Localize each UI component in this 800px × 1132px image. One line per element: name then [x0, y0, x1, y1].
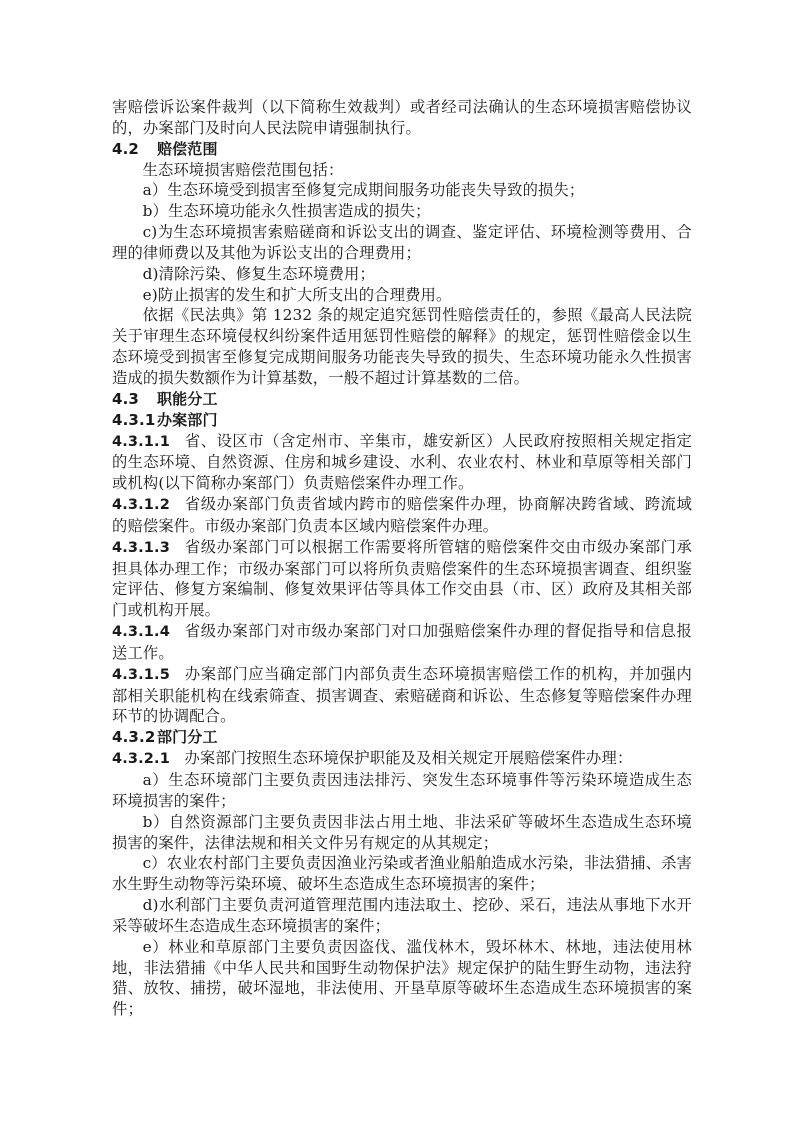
list-item-b: b）生态环境功能永久性损害造成的损失；	[112, 201, 692, 222]
heading-title: 职能分工	[157, 390, 218, 408]
clause-number: 4.3.1.5	[112, 667, 170, 683]
heading-title: 赔偿范围	[157, 140, 218, 158]
list-item-c: c)为生态环境损害索赔磋商和诉讼支出的调查、鉴定评估、环境检测等费用、合理的律师…	[112, 222, 692, 264]
section-heading-4-2: 4.2赔偿范围	[112, 139, 692, 160]
heading-number: 4.3.1	[112, 410, 157, 431]
heading-number: 4.2	[112, 139, 157, 160]
clause-text: 省级办案部门可以根据工作需要将所管辖的赔偿案件交由市级办案部门承担具体办理工作；…	[112, 538, 692, 620]
heading-number: 4.3.2	[112, 727, 157, 748]
clause-text: 省、设区市（含定州市、辛集市，雄安新区）人民政府按照相关规定指定的生态环境、自然…	[112, 432, 692, 493]
clause-number: 4.3.1.3	[112, 540, 170, 556]
clause-number: 4.3.1.2	[112, 497, 170, 513]
dept-item-a: a）生态环境部门主要负责因违法排污、突发生态环境事件等污染环境造成生态环境损害的…	[112, 770, 692, 812]
section-heading-4-3-2: 4.3.2部门分工	[112, 727, 692, 748]
clause-text: 省级办案部门对市级办案部门对口加强赔偿案件办理的督促指导和信息报送工作。	[112, 622, 692, 662]
heading-title: 办案部门	[157, 411, 218, 429]
list-item-a: a）生态环境受到损害至修复完成期间服务功能丧失导致的损失；	[112, 180, 692, 201]
heading-title: 部门分工	[157, 728, 218, 746]
clause-4-3-1-1: 4.3.1.1省、设区市（含定州市、辛集市，雄安新区）人民政府按照相关规定指定的…	[112, 431, 692, 495]
heading-number: 4.3	[112, 389, 157, 410]
clause-text: 办案部门应当确定部门内部负责生态环境损害赔偿工作的机构，并加强内部相关职能机构在…	[112, 665, 692, 726]
clause-text: 办案部门按照生态环境保护职能及及相关规定开展赔偿案件办理：	[184, 749, 632, 767]
section-heading-4-3: 4.3职能分工	[112, 389, 692, 410]
clause-4-3-2-1: 4.3.2.1办案部门按照生态环境保护职能及及相关规定开展赔偿案件办理：	[112, 748, 692, 770]
clause-number: 4.3.1.4	[112, 624, 170, 640]
paragraph-punitive-damages: 依据《民法典》第 1232 条的规定追究惩罚性赔偿责任的，参照《最高人民法院关于…	[112, 305, 692, 388]
dept-item-b: b）自然资源部门主要负责因非法占用土地、非法采矿等破坏生态造成生态环境损害的案件…	[112, 812, 692, 854]
clause-4-3-1-2: 4.3.1.2省级办案部门负责省域内跨市的赔偿案件办理，协商解决跨省域、跨流域的…	[112, 494, 692, 537]
clause-number: 4.3.1.1	[112, 434, 170, 450]
dept-item-c: c）农业农村部门主要负责因渔业污染或者渔业船舶造成水污染，非法猎捕、杀害水生野生…	[112, 853, 692, 895]
clause-4-3-1-5: 4.3.1.5办案部门应当确定部门内部负责生态环境损害赔偿工作的机构，并加强内部…	[112, 664, 692, 728]
clause-4-3-1-3: 4.3.1.3省级办案部门可以根据工作需要将所管辖的赔偿案件交由市级办案部门承担…	[112, 537, 692, 621]
clause-4-3-1-4: 4.3.1.4省级办案部门对市级办案部门对口加强赔偿案件办理的督促指导和信息报送…	[112, 621, 692, 664]
dept-item-d: d)水利部门主要负责河道管理范围内违法取土、挖砂、采石，违法从事地下水开采等破坏…	[112, 895, 692, 937]
paragraph-continuation: 害赔偿诉讼案件裁判（以下简称生效裁判）或者经司法确认的生态环境损害赔偿协议的，办…	[112, 97, 692, 139]
document-page: 害赔偿诉讼案件裁判（以下简称生效裁判）或者经司法确认的生态环境损害赔偿协议的，办…	[112, 97, 692, 1020]
list-item-d: d)清除污染、修复生态环境费用；	[112, 264, 692, 285]
list-item-e: e)防止损害的发生和扩大所支出的合理费用。	[112, 285, 692, 306]
clause-number: 4.3.2.1	[112, 751, 170, 767]
paragraph: 生态环境损害赔偿范围包括：	[112, 160, 692, 181]
clause-text: 省级办案部门负责省域内跨市的赔偿案件办理，协商解决跨省域、跨流域的赔偿案件。市级…	[112, 495, 692, 535]
section-heading-4-3-1: 4.3.1办案部门	[112, 410, 692, 431]
dept-item-e: e）林业和草原部门主要负责因盗伐、滥伐林木，毁坏林木、林地，违法使用林地，非法猎…	[112, 937, 692, 1020]
